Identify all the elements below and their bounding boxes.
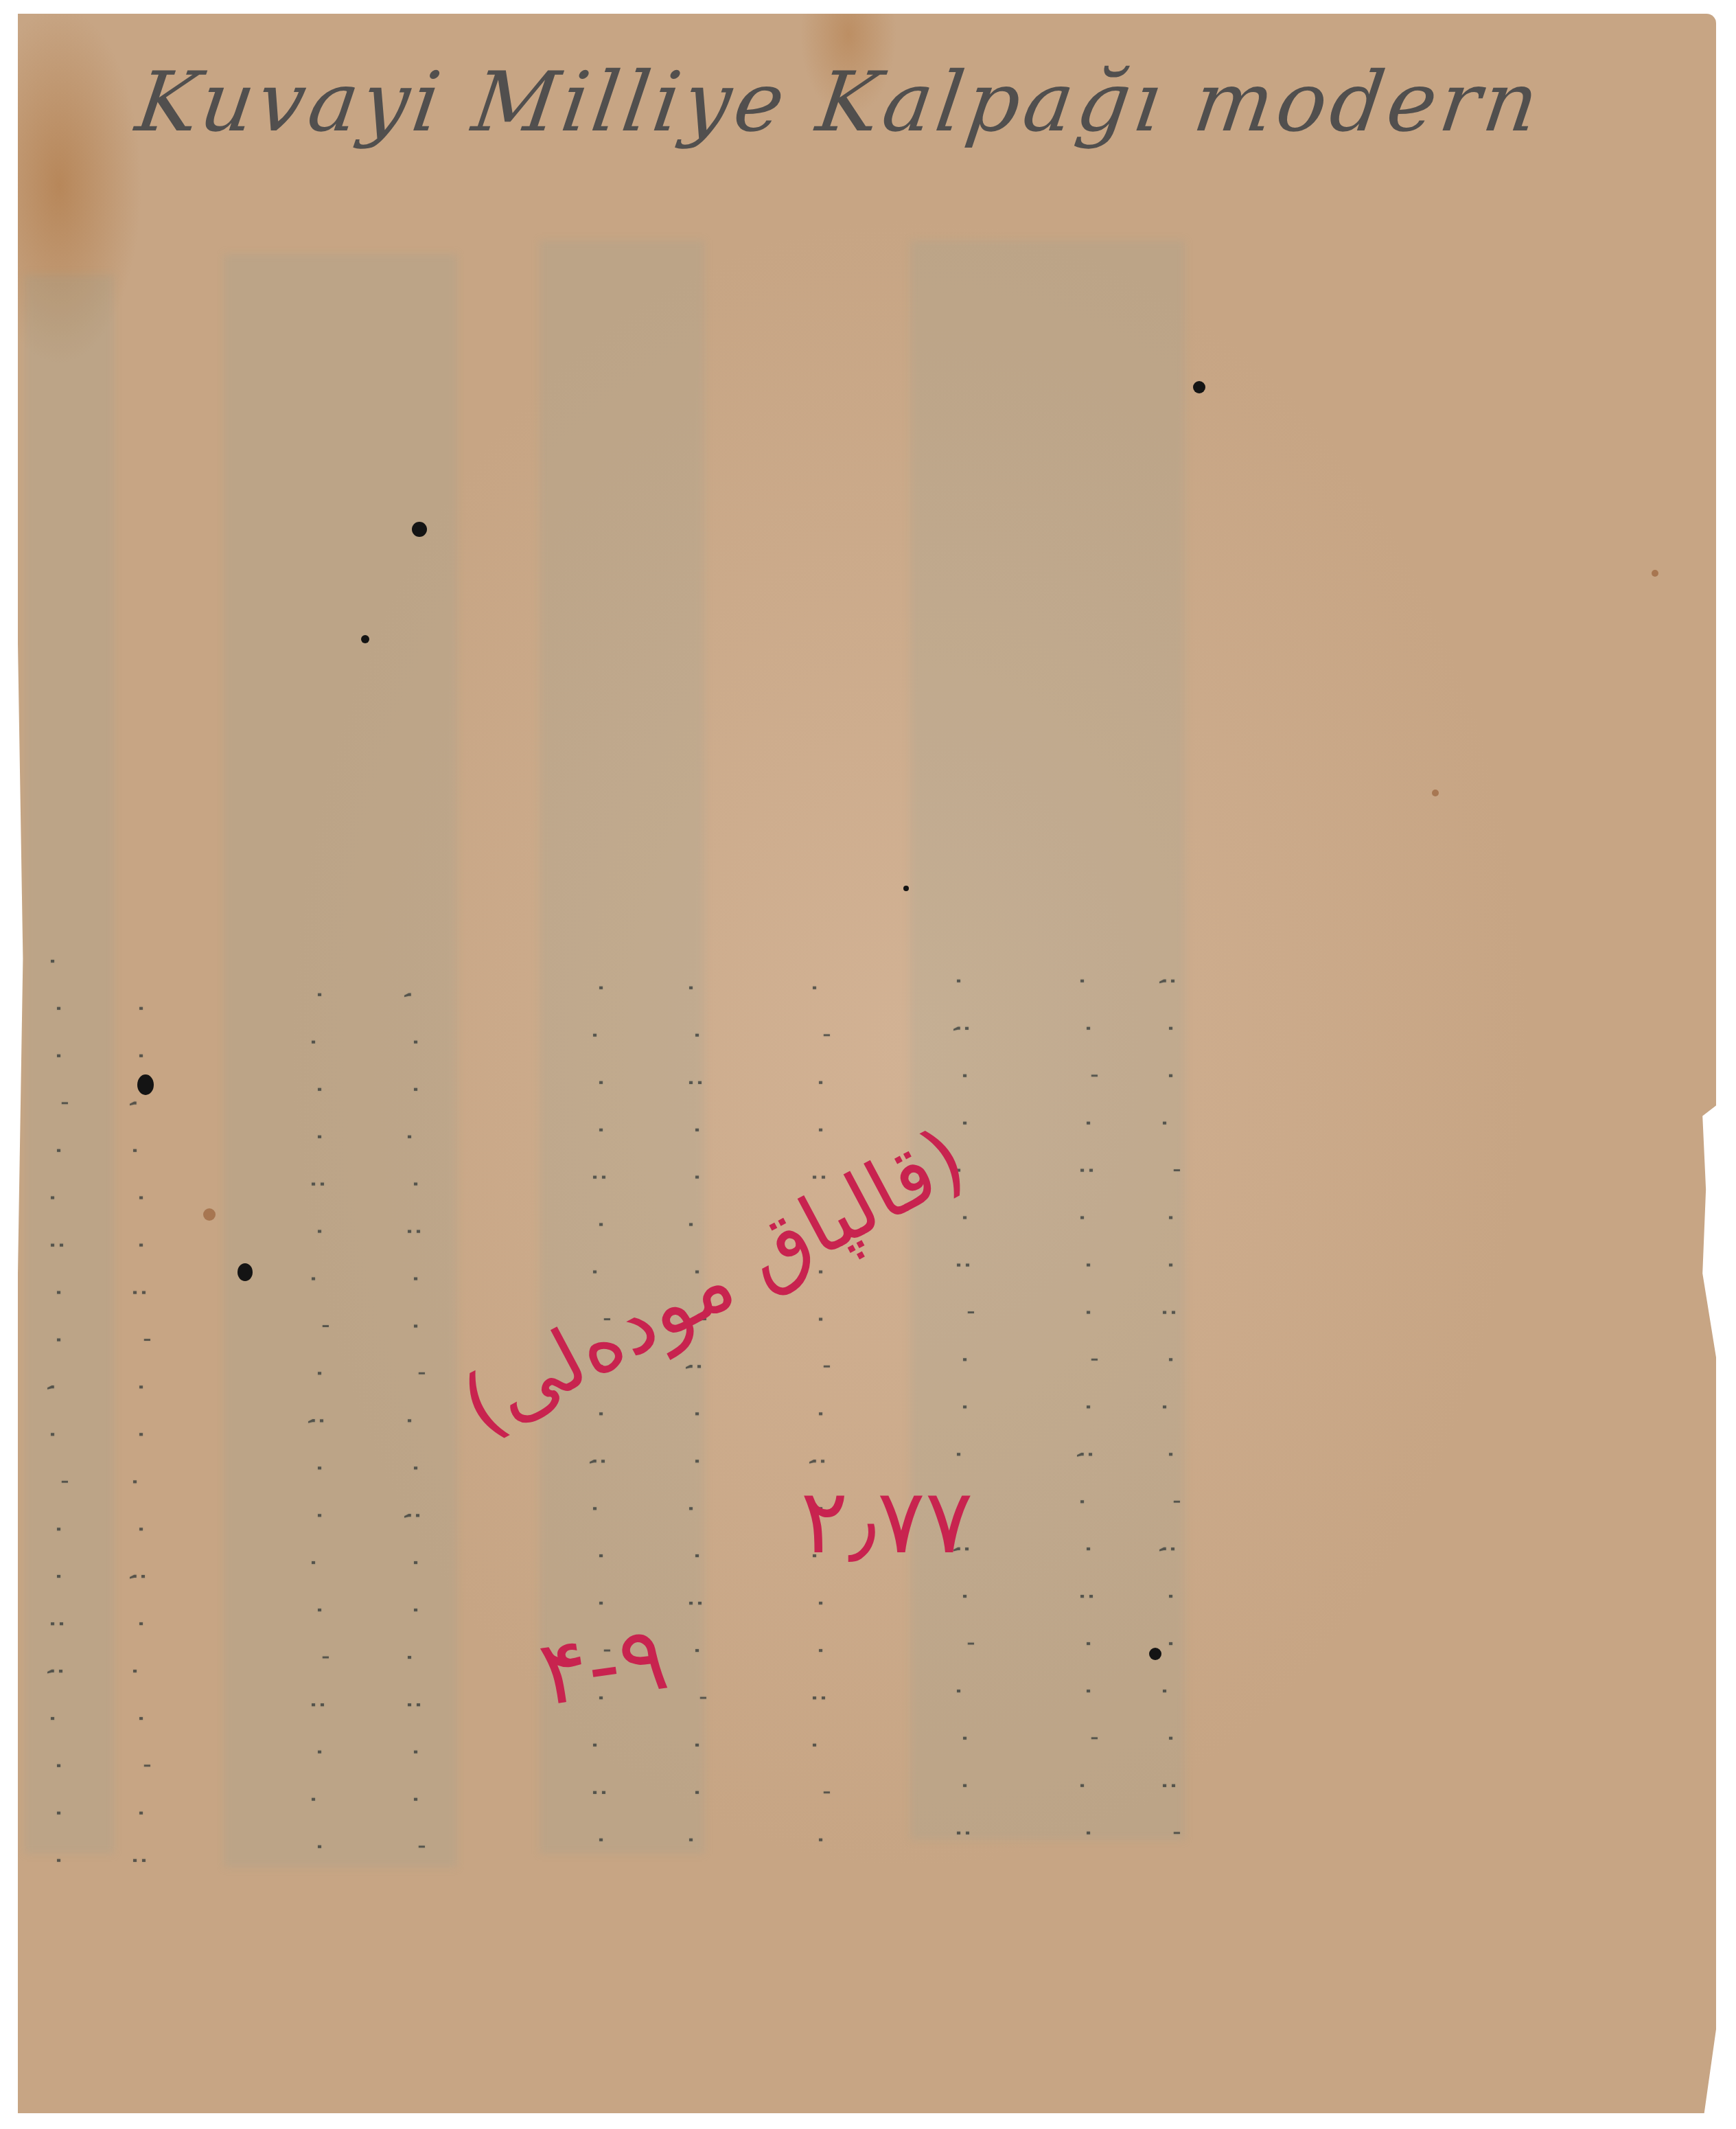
typed-show-through-column: ' · · : . · · ; · . ' · · : · . · · , (402, 275, 428, 1854)
typed-show-through-column: · ' . : · · . · ; · ' · · . : · · ' . (807, 254, 833, 1847)
ink-spot (361, 635, 369, 643)
typed-show-through-column: · . · : ' · . · · ; · ' . · : · · . · (306, 275, 332, 1854)
aged-paper-sheet: · · · . ; : · · ' . , · · : . · ' · · . … (18, 14, 1716, 2113)
red-ink-annotation-number: ۲٫۷۷ (800, 1469, 973, 1574)
typed-show-through-column: : · · . ' · ; · . · · ' : · . · · ; . (951, 261, 977, 1840)
pencil-handwritten-title: Kuvayi Milliye Kalpağı modern (125, 55, 1448, 192)
ink-spot (238, 1263, 253, 1281)
red-ink-annotation-ref: ۴-۹ (533, 1605, 674, 1726)
paper-speck (1652, 570, 1658, 577)
typed-show-through-column: · · · . ; : · · ' . , · · : . · ' · · . (45, 302, 71, 1867)
typed-show-through-column: . · · ' · : · . · · ; ' · . · · : · . (684, 254, 710, 1847)
ink-spot (412, 522, 427, 537)
paper-speck (1432, 790, 1439, 796)
typed-show-through-column: ' : · . · · ; ' · . · : · · ' . · · ; (1157, 309, 1183, 1840)
ink-spot (1193, 381, 1205, 393)
paper-speck (203, 1208, 216, 1221)
typed-show-through-column: · . ' · · : · . ; · ' · · . : · ' · . (1075, 288, 1101, 1840)
ink-spot (137, 1074, 154, 1095)
red-ink-annotation-model: (قالپاق مودەلی) (447, 1110, 981, 1455)
ink-spot (903, 886, 909, 891)
ink-spot (1149, 1648, 1161, 1660)
typed-show-through-column: · : . · ' · · . ; · · ' . · : · · . · (588, 254, 614, 1847)
